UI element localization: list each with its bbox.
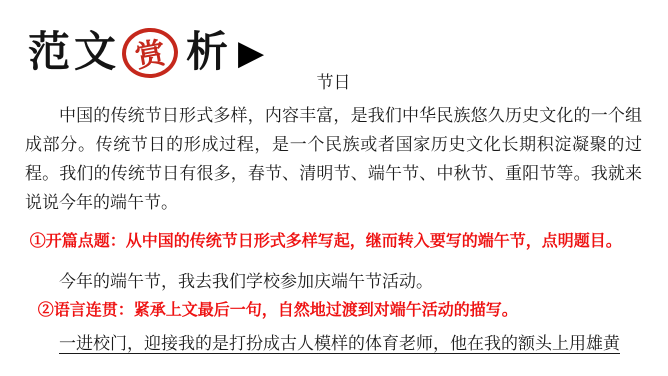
essay-title: 节日 [25, 72, 642, 94]
annotation-2: ②语言连贯：紧承上文最后一句，自然地过渡到对端午活动的描写。 [25, 299, 642, 322]
triangle-right-icon: ▶ [238, 36, 264, 70]
underlined-text: 一进校门，迎接我的是打扮成古人模样的体育老师，他在我的额头上用雄黄 [59, 334, 620, 353]
essay-paragraph-2: 今年的端午节，我去我们学校参加庆端午节活动。 [25, 267, 642, 296]
essay-paragraph-3: 一进校门，迎接我的是打扮成古人模样的体育老师，他在我的额头上用雄黄 [25, 329, 642, 358]
seal-character: 赏 [133, 39, 168, 74]
annotation-1: ①开篇点题：从中国的传统节日形式多样写起，继而转入要写的端午节，点明题目。 [25, 230, 642, 253]
essay-content: 节日 中国的传统节日形式多样，内容丰富，是我们中华民族悠久历史文化的一个组成部分… [25, 72, 642, 358]
page-title: 范文 赏 析 ▶ [28, 28, 264, 78]
essay-paragraph-1: 中国的传统节日形式多样，内容丰富，是我们中华民族悠久历史文化的一个组成部分。传统… [25, 101, 642, 217]
title-text-suffix: 析 [186, 32, 232, 74]
slide: 范文 赏 析 ▶ 节日 中国的传统节日形式多样，内容丰富，是我们中华民族悠久历史… [0, 0, 668, 376]
title-text-prefix: 范文 [28, 32, 120, 74]
